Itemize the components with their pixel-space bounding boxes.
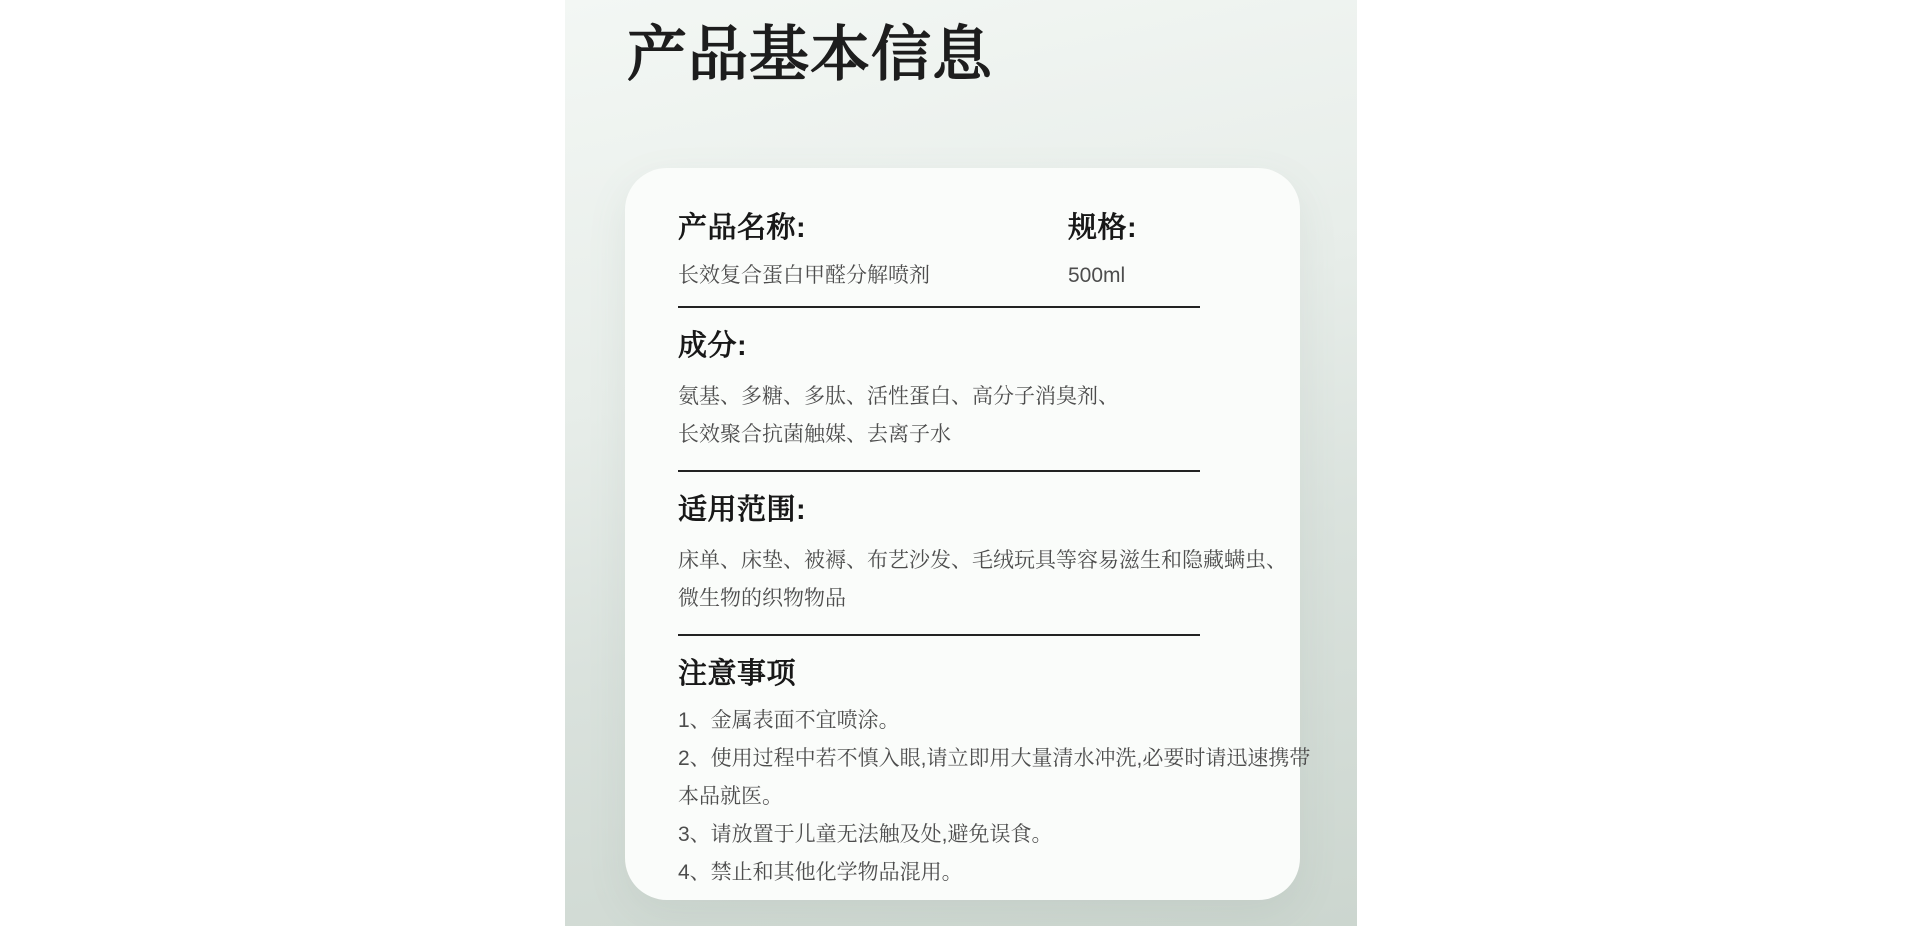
note-line: 本品就医。 — [678, 778, 1282, 816]
ingredients-section: 成分: 氨基、多糖、多肽、活性蛋白、高分子消臭剂、 长效聚合抗菌触媒、去离子水 — [678, 330, 1282, 454]
product-info-column: 产品基本信息 产品名称: 长效复合蛋白甲醛分解喷剂 规格: 500ml 成分: … — [565, 0, 1357, 926]
scope-body: 床单、床垫、被褥、布艺沙发、毛绒玩具等容易滋生和隐藏螨虫、 微生物的织物物品 — [678, 542, 1282, 618]
product-name-value: 长效复合蛋白甲醛分解喷剂 — [678, 262, 1068, 290]
notes-body: 1、金属表面不宜喷涂。 2、使用过程中若不慎入眼,请立即用大量清水冲洗,必要时请… — [678, 702, 1282, 892]
spec-value: 500ml — [1068, 262, 1282, 290]
divider — [678, 634, 1200, 636]
scope-line: 微生物的织物物品 — [678, 580, 1282, 618]
ingredients-body: 氨基、多糖、多肽、活性蛋白、高分子消臭剂、 长效聚合抗菌触媒、去离子水 — [678, 378, 1282, 454]
product-name-label: 产品名称: — [678, 212, 1068, 244]
ingredients-line: 氨基、多糖、多肽、活性蛋白、高分子消臭剂、 — [678, 378, 1282, 416]
notes-heading: 注意事项 — [678, 658, 1282, 690]
spec-label: 规格: — [1068, 212, 1282, 244]
page-background: 产品基本信息 产品名称: 长效复合蛋白甲醛分解喷剂 规格: 500ml 成分: … — [0, 0, 1920, 926]
name-spec-row: 产品名称: 长效复合蛋白甲醛分解喷剂 规格: 500ml — [678, 212, 1282, 290]
notes-section: 注意事项 1、金属表面不宜喷涂。 2、使用过程中若不慎入眼,请立即用大量清水冲洗… — [678, 658, 1282, 892]
product-name-field: 产品名称: 长效复合蛋白甲醛分解喷剂 — [678, 212, 1068, 290]
ingredients-heading: 成分: — [678, 330, 1282, 362]
page-title: 产品基本信息 — [627, 20, 993, 89]
product-info-card: 产品名称: 长效复合蛋白甲醛分解喷剂 规格: 500ml 成分: 氨基、多糖、多… — [625, 168, 1300, 900]
divider — [678, 306, 1200, 308]
note-line: 3、请放置于儿童无法触及处,避免误食。 — [678, 816, 1282, 854]
scope-section: 适用范围: 床单、床垫、被褥、布艺沙发、毛绒玩具等容易滋生和隐藏螨虫、 微生物的… — [678, 494, 1282, 618]
note-line: 1、金属表面不宜喷涂。 — [678, 702, 1282, 740]
spec-field: 规格: 500ml — [1068, 212, 1282, 290]
ingredients-line: 长效聚合抗菌触媒、去离子水 — [678, 416, 1282, 454]
scope-heading: 适用范围: — [678, 494, 1282, 526]
scope-line: 床单、床垫、被褥、布艺沙发、毛绒玩具等容易滋生和隐藏螨虫、 — [678, 542, 1282, 580]
note-line: 2、使用过程中若不慎入眼,请立即用大量清水冲洗,必要时请迅速携带 — [678, 740, 1282, 778]
divider — [678, 470, 1200, 472]
note-line: 4、禁止和其他化学物品混用。 — [678, 854, 1282, 892]
